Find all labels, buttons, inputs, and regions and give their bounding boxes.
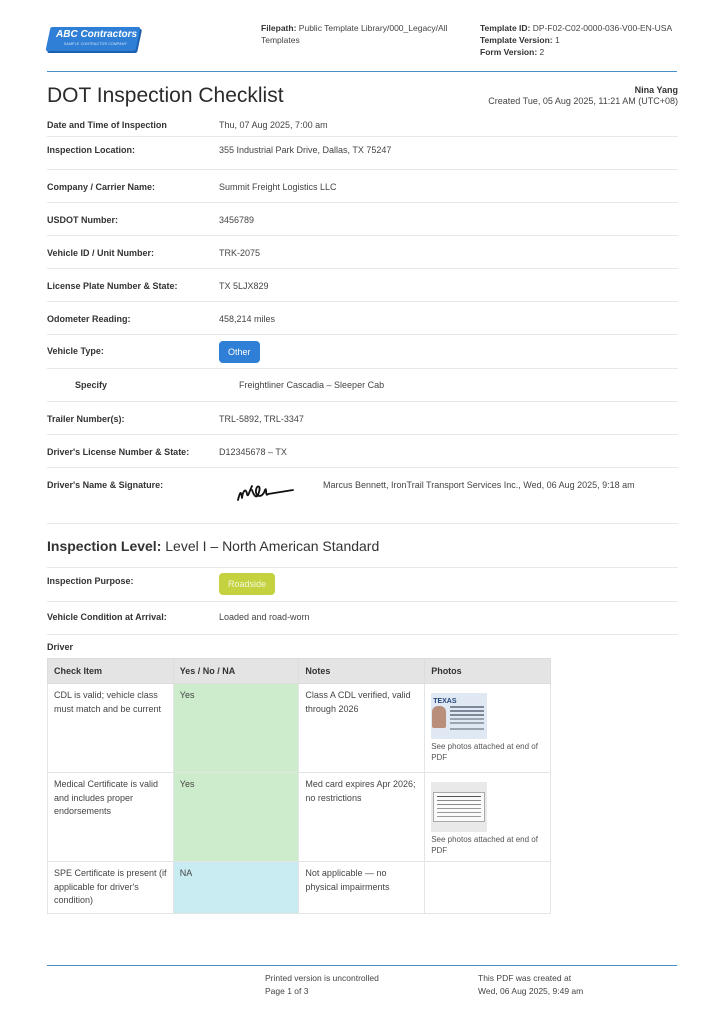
field-row-signature: Driver's Name & Signature: Marcus Bennet… — [47, 468, 678, 524]
field-label: Company / Carrier Name: — [47, 182, 155, 192]
field-row: Date and Time of Inspection Thu, 07 Aug … — [47, 112, 678, 137]
footer-created-info: This PDF was created at Wed, 06 Aug 2025… — [478, 972, 583, 998]
field-value: 3456789 — [219, 215, 254, 225]
driver-checklist-table: Check Item Yes / No / NA Notes Photos CD… — [47, 658, 551, 914]
driver-section-title: Driver — [47, 642, 73, 652]
template-version-label: Template Version: — [480, 35, 553, 45]
field-value: TX 5LJX829 — [219, 281, 269, 291]
notes-cell: Class A CDL verified, valid through 2026 — [299, 684, 425, 773]
table-row: Medical Certificate is valid and include… — [48, 773, 551, 862]
creator-info: Nina Yang Created Tue, 05 Aug 2025, 11:2… — [488, 85, 678, 107]
form-version-label: Form Version: — [480, 47, 537, 57]
certificate-photo-icon[interactable] — [431, 782, 487, 832]
field-row: Company / Carrier Name: Summit Freight L… — [47, 170, 678, 203]
table-row: CDL is valid; vehicle class must match a… — [48, 684, 551, 773]
field-value: Loaded and road-worn — [219, 612, 310, 622]
header-divider — [47, 71, 677, 72]
field-row: Driver's License Number & State: D123456… — [47, 435, 678, 468]
photos-cell: TEXAS See photos attached at end of PDF — [425, 684, 551, 773]
filepath-meta: Filepath: Public Template Library/000_Le… — [261, 22, 461, 46]
template-id-label: Template ID: — [480, 23, 530, 33]
field-row: Vehicle Condition at Arrival: Loaded and… — [47, 602, 678, 635]
field-value: Thu, 07 Aug 2025, 7:00 am — [219, 120, 328, 130]
footer-print-info: Printed version is uncontrolled Page 1 o… — [265, 972, 379, 998]
check-item-cell: SPE Certificate is present (if applicabl… — [48, 862, 174, 914]
field-label: Odometer Reading: — [47, 314, 131, 324]
field-value: TRK-2075 — [219, 248, 260, 258]
field-label: Specify — [75, 380, 107, 390]
field-row: Trailer Number(s): TRL-5892, TRL-3347 — [47, 402, 678, 435]
field-label: Driver's License Number & State: — [47, 447, 189, 457]
field-value: Roadside — [219, 573, 275, 595]
field-row: USDOT Number: 3456789 — [47, 203, 678, 236]
logo-tagline: SAMPLE CONTRACTOR COMPANY — [64, 42, 127, 46]
photo-caption: See photos attached at end of PDF — [431, 741, 544, 763]
template-version-value: 1 — [555, 35, 560, 45]
field-label: Driver's Name & Signature: — [47, 480, 163, 490]
created-timestamp: Created Tue, 05 Aug 2025, 11:21 AM (UTC+… — [488, 96, 678, 107]
field-label: License Plate Number & State: — [47, 281, 178, 291]
uncontrolled-notice: Printed version is uncontrolled — [265, 972, 379, 985]
page-number: Page 1 of 3 — [265, 985, 379, 998]
signature-icon — [235, 476, 297, 506]
column-header: Photos — [425, 659, 551, 684]
inspection-level-value: Level I – North American Standard — [165, 538, 379, 554]
creator-name: Nina Yang — [488, 85, 678, 96]
field-value: D12345678 – TX — [219, 447, 287, 457]
field-row-vehicle-type: Vehicle Type: Other — [47, 335, 678, 369]
field-value: Other — [219, 341, 260, 363]
field-label: Inspection Location: — [47, 145, 135, 155]
column-header: Yes / No / NA — [173, 659, 299, 684]
notes-cell: Med card expires Apr 2026; no restrictio… — [299, 773, 425, 862]
field-label: Vehicle Type: — [47, 346, 104, 356]
field-row: Inspection Location: 355 Industrial Park… — [47, 137, 678, 170]
table-header-row: Check Item Yes / No / NA Notes Photos — [48, 659, 551, 684]
field-value: Summit Freight Logistics LLC — [219, 182, 337, 192]
field-label: USDOT Number: — [47, 215, 118, 225]
footer-divider — [47, 965, 677, 966]
pdf-created-value: Wed, 06 Aug 2025, 9:49 am — [478, 985, 583, 998]
field-label: Inspection Purpose: — [47, 576, 134, 586]
field-row-specify: Specify Freightliner Cascadia – Sleeper … — [47, 369, 678, 402]
field-row: License Plate Number & State: TX 5LJX829 — [47, 269, 678, 302]
logo-name: ABC Contractors — [56, 29, 137, 40]
inspection-purpose-fields: Inspection Purpose: Roadside Vehicle Con… — [47, 567, 678, 635]
template-meta: Template ID: DP-F02-C02-0000-036-V00-EN-… — [480, 22, 700, 58]
photos-cell: See photos attached at end of PDF — [425, 773, 551, 862]
check-item-cell: CDL is valid; vehicle class must match a… — [48, 684, 174, 773]
filepath-label: Filepath: — [261, 23, 296, 33]
check-item-cell: Medical Certificate is valid and include… — [48, 773, 174, 862]
page-header: ABC Contractors SAMPLE CONTRACTOR COMPAN… — [0, 0, 725, 74]
inspection-level-label: Inspection Level: — [47, 538, 161, 554]
column-header: Check Item — [48, 659, 174, 684]
answer-cell: Yes — [173, 773, 299, 862]
inspection-purpose-badge: Roadside — [219, 573, 275, 595]
photo-caption: See photos attached at end of PDF — [431, 834, 544, 856]
field-row: Vehicle ID / Unit Number: TRK-2075 — [47, 236, 678, 269]
field-label: Vehicle ID / Unit Number: — [47, 248, 154, 258]
notes-cell: Not applicable — no physical impairments — [299, 862, 425, 914]
column-header: Notes — [299, 659, 425, 684]
field-label: Vehicle Condition at Arrival: — [47, 612, 167, 622]
page-title: DOT Inspection Checklist — [47, 84, 284, 108]
pdf-created-label: This PDF was created at — [478, 972, 583, 985]
inspection-level-heading: Inspection Level: Level I – North Americ… — [47, 538, 379, 554]
vehicle-type-badge: Other — [219, 341, 260, 363]
template-id-value: DP-F02-C02-0000-036-V00-EN-USA — [533, 23, 672, 33]
inspection-fields: Date and Time of Inspection Thu, 07 Aug … — [47, 112, 678, 524]
field-row-purpose: Inspection Purpose: Roadside — [47, 568, 678, 602]
field-label: Date and Time of Inspection — [47, 120, 167, 130]
field-value: TRL-5892, TRL-3347 — [219, 414, 304, 424]
company-logo: ABC Contractors SAMPLE CONTRACTOR COMPAN… — [48, 27, 138, 51]
field-label: Trailer Number(s): — [47, 414, 125, 424]
answer-cell: NA — [173, 862, 299, 914]
field-value: Freightliner Cascadia – Sleeper Cab — [239, 380, 384, 390]
field-value: 355 Industrial Park Drive, Dallas, TX 75… — [219, 145, 391, 155]
field-value: 458,214 miles — [219, 314, 275, 324]
photos-cell — [425, 862, 551, 914]
form-version-value: 2 — [540, 47, 545, 57]
driver-name-signature-value: Marcus Bennett, IronTrail Transport Serv… — [323, 480, 635, 490]
answer-cell: Yes — [173, 684, 299, 773]
table-row: SPE Certificate is present (if applicabl… — [48, 862, 551, 914]
license-photo-icon[interactable]: TEXAS — [431, 693, 487, 739]
field-row: Odometer Reading: 458,214 miles — [47, 302, 678, 335]
